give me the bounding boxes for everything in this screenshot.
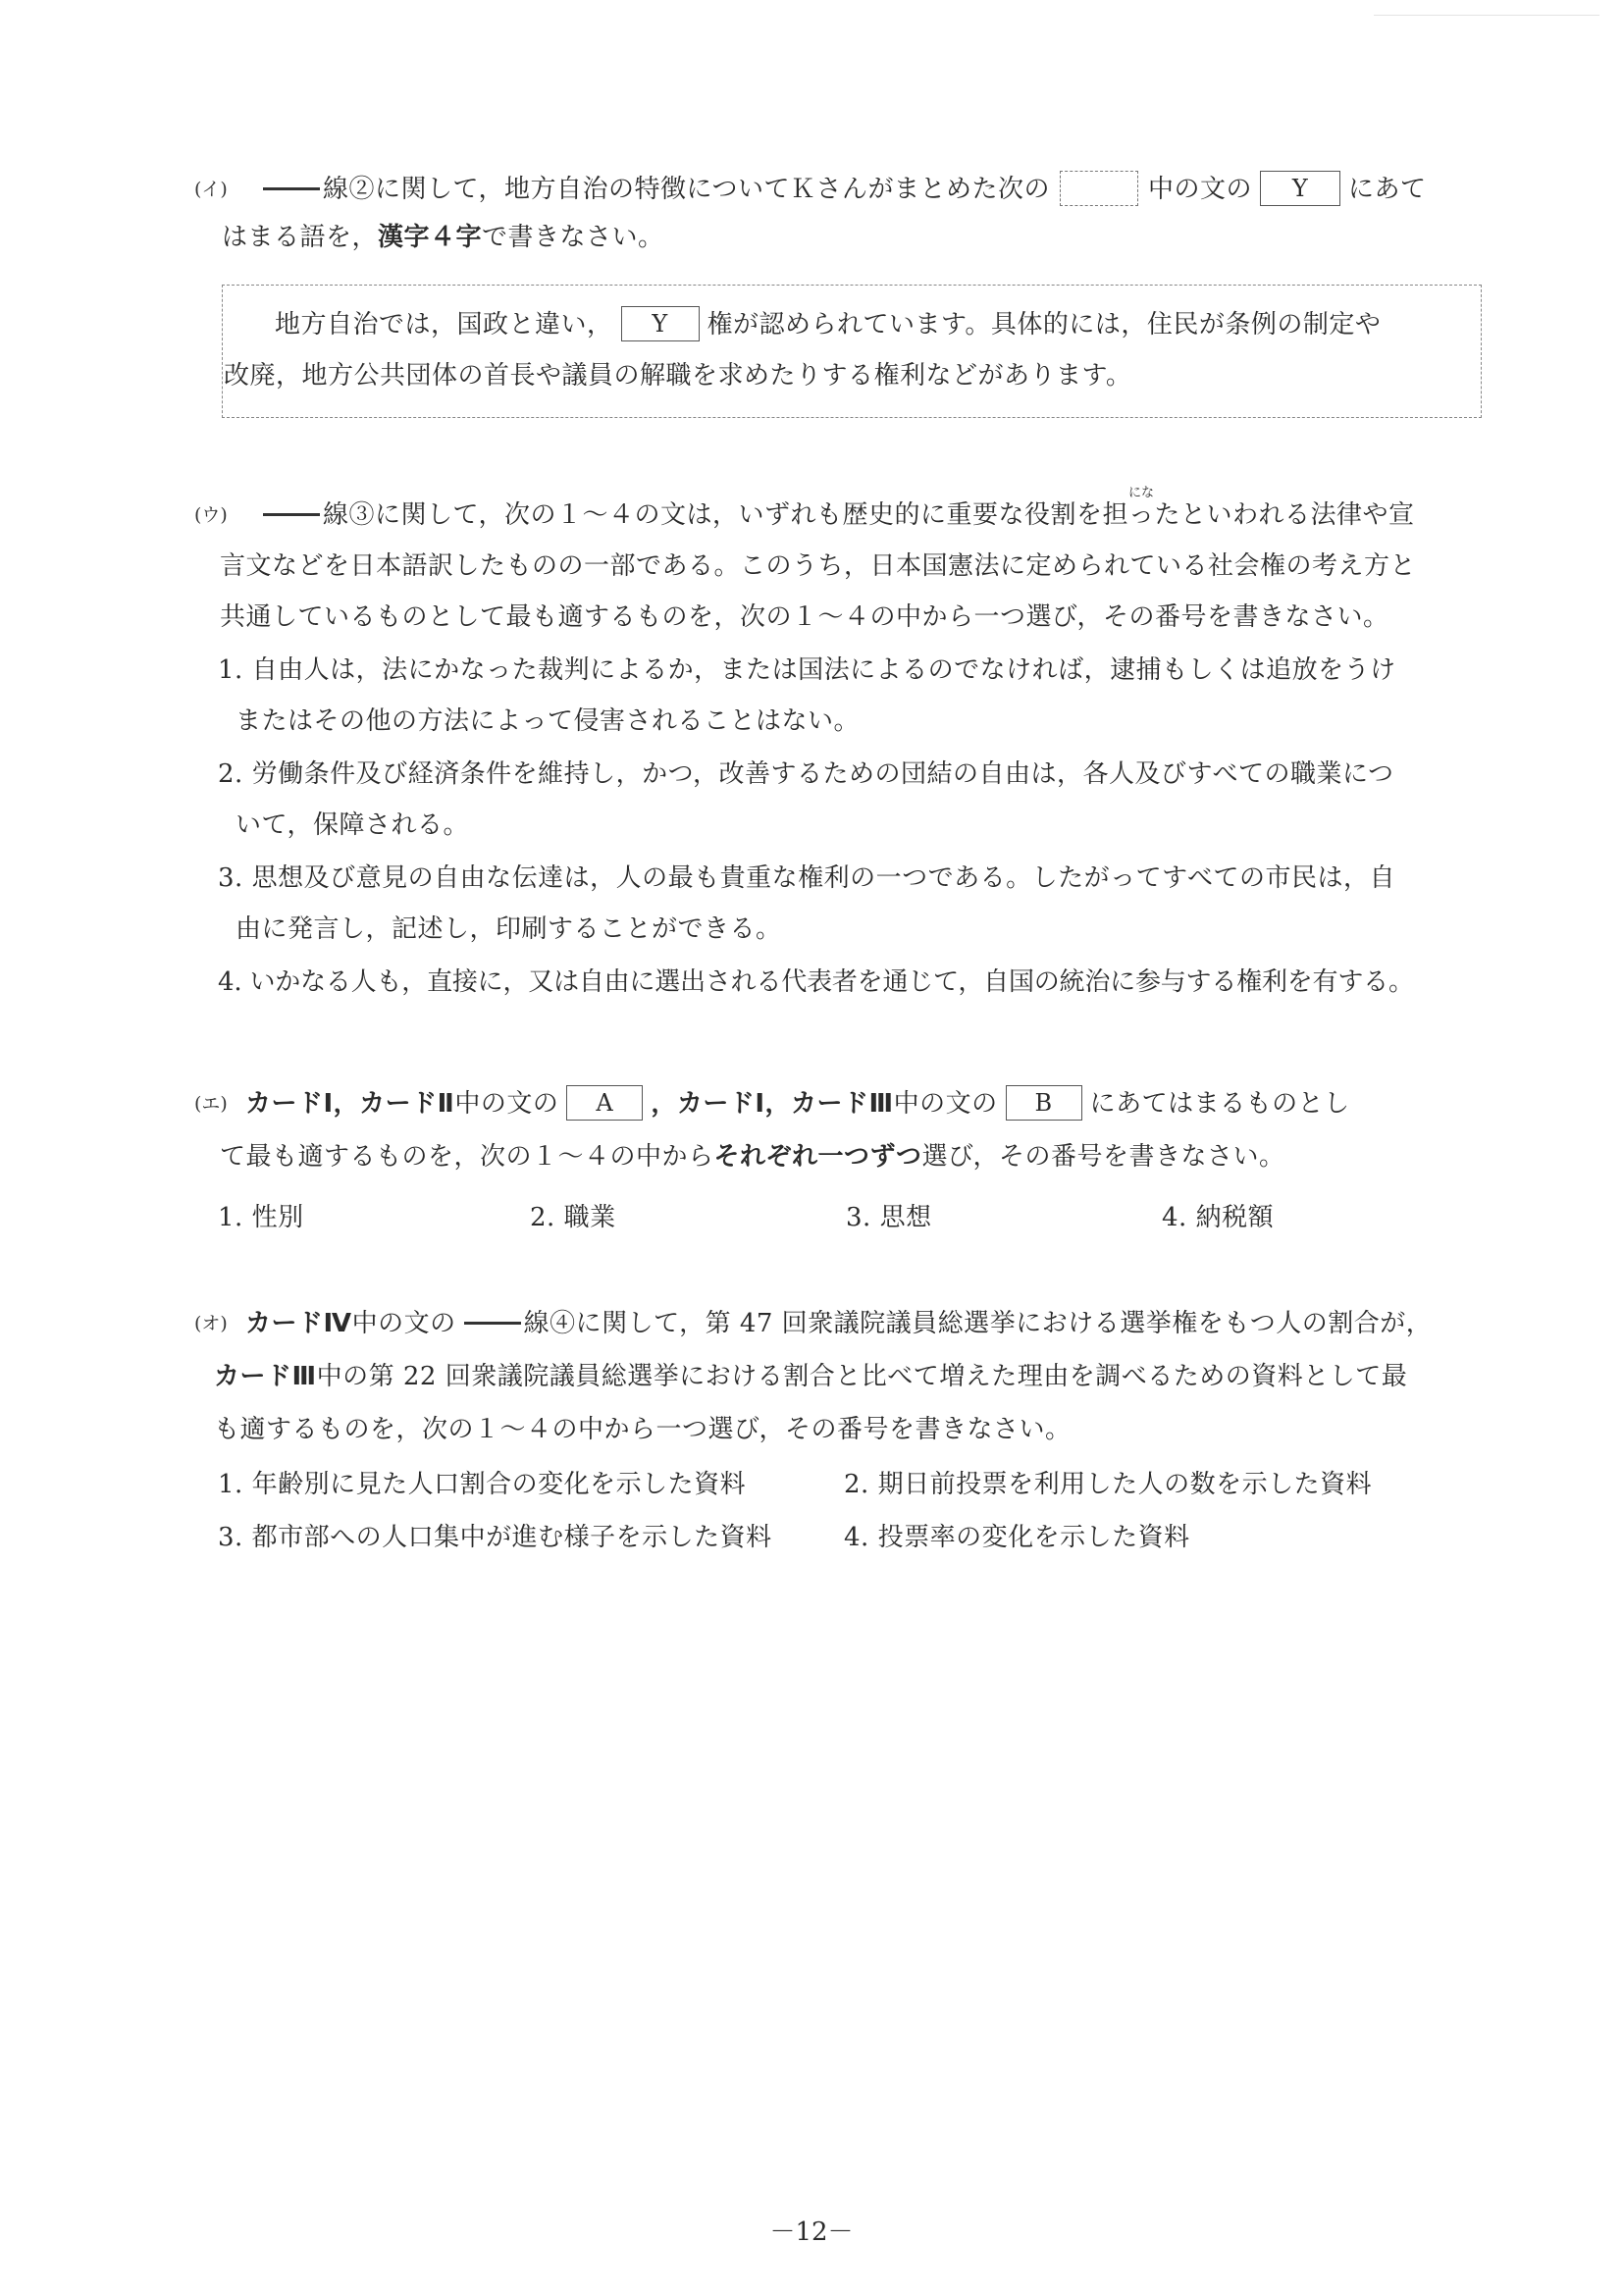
answer-box-b: B: [1006, 1085, 1082, 1121]
emphasis-text: 漢字４字: [378, 223, 482, 252]
question-label: (エ): [194, 1087, 228, 1121]
option-4: 4. 納税額: [1162, 1201, 1274, 1234]
question-text-line: カードⅢ中の第 22 回衆議院議員総選挙における割合と比べて増えた理由を調べるた…: [214, 1360, 1407, 1393]
question-text-line: カードⅣ中の文の線④に関して，第 47 回衆議院議員総選挙における選挙権をもつ人…: [245, 1307, 1432, 1340]
question-text-line: はまる語を，漢字４字で書きなさい。: [222, 221, 664, 254]
question-text-line: て最も適するものを，次の１～４の中からそれぞれ一つずつ選び，その番号を書きなさい…: [220, 1140, 1285, 1174]
option-1-cont: またはその他の方法によって侵害されることはない。: [236, 704, 860, 738]
panel-text-line: 地方自治では，国政と違い，Y権が認められています。具体的には，住民が条例の制定や: [275, 308, 1381, 343]
option-1: 1. 年齢別に見た人口割合の変化を示した資料: [218, 1468, 746, 1501]
question-text-line: 線②に関して，地方自治の特徴についてＫさんがまとめた次の中の文のYにあて: [263, 173, 1427, 208]
underline-marker-icon: [464, 1322, 521, 1325]
option-3: 3. 都市部への人口集中が進む様子を示した資料: [218, 1521, 772, 1554]
top-edge-rule: [1374, 15, 1599, 16]
question-text-line: 言文などを日本語訳したものの一部である。このうち，日本国憲法に定められている社会…: [220, 549, 1416, 583]
question-text-line: 共通しているものとして最も適するものを，次の１～４の中から一つ選び，その番号を書…: [220, 600, 1388, 634]
dashed-box-icon: [1060, 171, 1138, 206]
answer-box-y: Y: [1260, 171, 1340, 206]
answer-box-y: Y: [621, 306, 700, 341]
option-4: 4. いかなる人も，直接に，又は自由に選出される代表者を通じて，自国の統治に参与…: [218, 965, 1414, 999]
option-1: 1. 自由人は，法にかなった裁判によるか，または国法によるのでなければ，逮捕もし…: [218, 653, 1396, 687]
summary-panel: [222, 285, 1482, 418]
question-text-line: も適するものを，次の１～４の中から一つ選び，その番号を書きなさい。: [214, 1413, 1071, 1446]
option-4: 4. 投票率の変化を示した資料: [844, 1521, 1190, 1554]
page-number: －12－: [0, 2212, 1623, 2248]
option-2: 2. 職業: [530, 1201, 616, 1234]
question-label: (オ): [194, 1307, 228, 1340]
option-3: 3. 思想及び意見の自由な伝達は，人の最も貴重な権利の一つである。したがってすべ…: [218, 861, 1395, 895]
question-text-line: カードⅠ，カードⅡ中の文のA，カードⅠ，カードⅢ中の文のBにあてはまるものとし: [245, 1087, 1350, 1122]
option-2: 2. 労働条件及び経済条件を維持し，かつ，改善するための団結の自由は，各人及びす…: [218, 757, 1394, 791]
panel-text-line: 改廃，地方公共団体の首長や議員の解職を求めたりする権利などがあります。: [224, 359, 1131, 392]
underline-marker-icon: [263, 513, 320, 516]
answer-box-a: A: [566, 1085, 643, 1121]
question-text-line: 線③に関して，次の１～４の文は，いずれも歴史的に重要な役割を担ったといわれる法律…: [263, 498, 1414, 532]
question-label: (イ): [194, 173, 228, 206]
option-3-cont: 由に発言し，記述し，印刷することができる。: [236, 913, 782, 946]
option-3: 3. 思想: [846, 1201, 932, 1234]
question-label: (ウ): [194, 498, 228, 532]
option-2-cont: いて，保障される。: [236, 809, 469, 842]
option-2: 2. 期日前投票を利用した人の数を示した資料: [844, 1468, 1372, 1501]
underline-marker-icon: [263, 187, 320, 190]
option-1: 1. 性別: [218, 1201, 304, 1234]
emphasis-text: それぞれ一つずつ: [714, 1142, 922, 1172]
